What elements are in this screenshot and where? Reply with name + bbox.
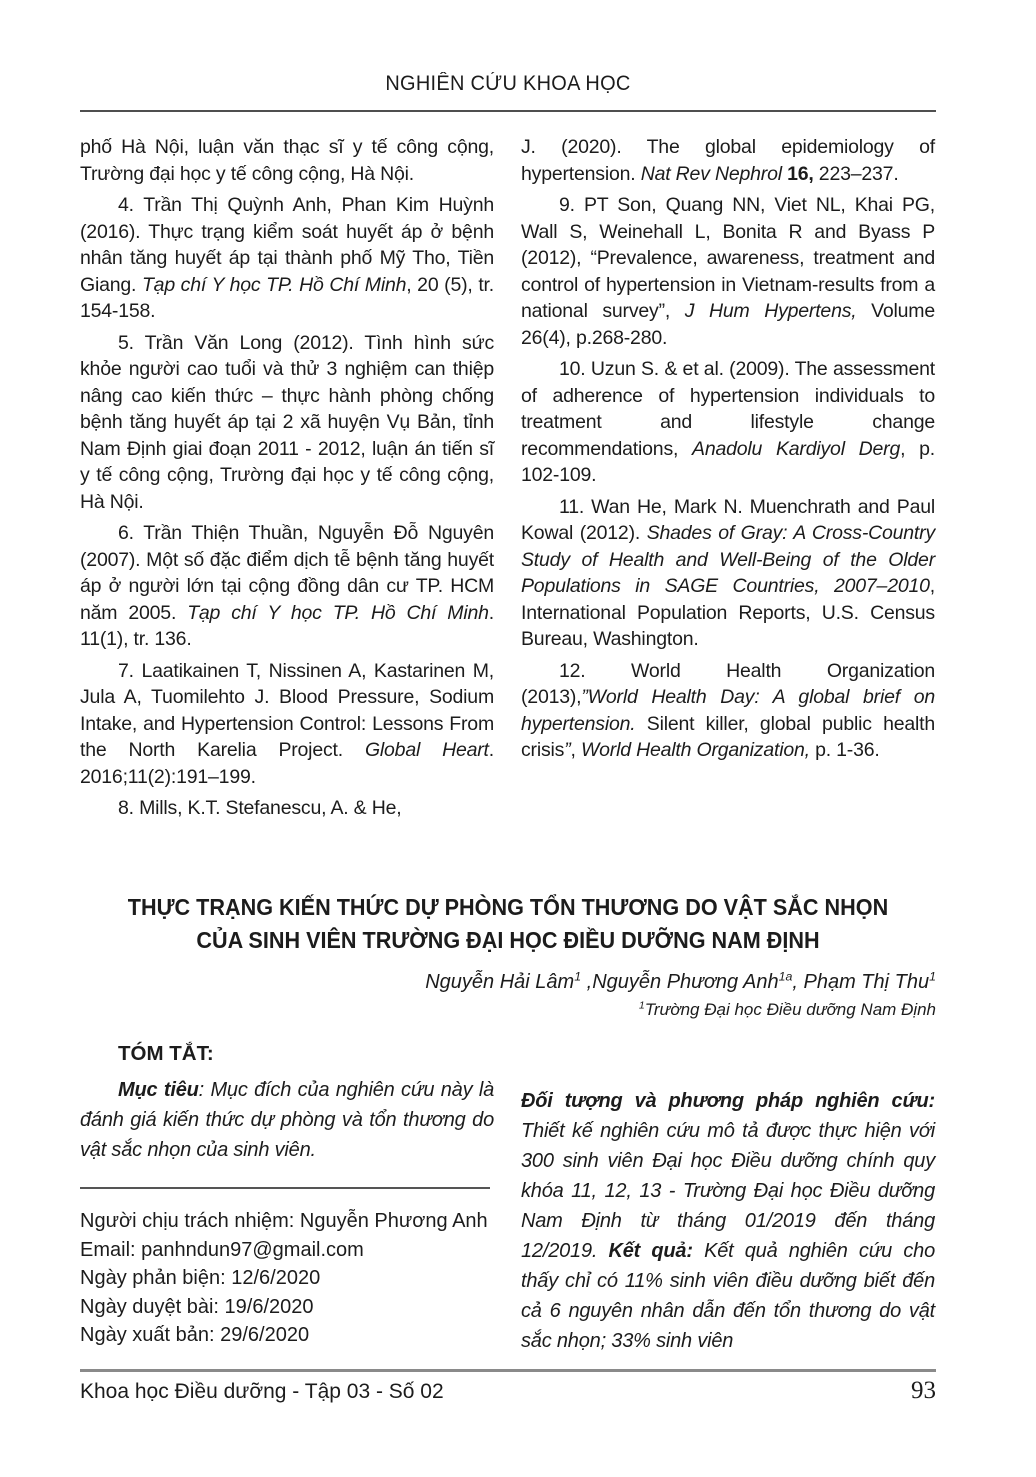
footer-journal-title: Khoa học Điều dưỡng - Tập 03 - Số 02: [80, 1380, 444, 1404]
reference-paragraph: J. (2020). The global epidemiology of hy…: [521, 134, 935, 187]
article-section: THỰC TRẠNG KIẾN THỨC DỰ PHÒNG TỔN THƯƠNG…: [80, 891, 936, 1356]
abstract-section: TÓM TẮT: Mục tiêu: Mục đích của nghiên c…: [80, 1042, 936, 1356]
article-title: THỰC TRẠNG KIẾN THỨC DỰ PHÒNG TỔN THƯƠNG…: [106, 891, 911, 957]
reference-paragraph: 6. Trần Thiện Thuần, Nguyễn Đỗ Nguyên (2…: [80, 520, 494, 653]
footnote-block: Người chịu trách nhiệm: Nguyễn Phương An…: [80, 1207, 494, 1350]
reference-paragraph: 11. Wan He, Mark N. Muenchrath and Paul …: [521, 494, 935, 653]
author-affiliation: 1Trường Đại học Điều dưỡng Nam Định: [80, 1000, 936, 1020]
reference-paragraph: 10. Uzun S. & et al. (2009). The assessm…: [521, 356, 935, 489]
abstract-heading: TÓM TẮT:: [80, 1042, 494, 1066]
abstract-methods-results-paragraph: Đối tượng và phương pháp nghiên cứu: Thi…: [521, 1086, 935, 1356]
reference-paragraph: 4. Trần Thị Quỳnh Anh, Phan Kim Huỳnh (2…: [80, 192, 494, 325]
reference-paragraph: phố Hà Nội, luận văn thạc sĩ y tế công c…: [80, 134, 494, 187]
footer-divider: [80, 1369, 936, 1372]
article-title-line-1: THỰC TRẠNG KIẾN THỨC DỰ PHÒNG TỔN THƯƠNG…: [106, 891, 911, 924]
reference-paragraph: 12. World Health Organization (2013),”Wo…: [521, 658, 935, 764]
footnote-line-responsible: Người chịu trách nhiệm: Nguyễn Phương An…: [80, 1207, 494, 1236]
footnote-line-email: Email: panhndun97@gmail.com: [80, 1236, 494, 1265]
reference-paragraph: 5. Trần Văn Long (2012). Tình hình sức k…: [80, 330, 494, 516]
footnote-line-approval-date: Ngày duyệt bài: 19/6/2020: [80, 1293, 494, 1322]
journal-header-title: NGHIÊN CỨU KHOA HỌC: [101, 72, 914, 96]
references-left-column: phố Hà Nội, luận văn thạc sĩ y tế công c…: [80, 134, 494, 840]
header-divider: [80, 110, 936, 112]
reference-paragraph: 9. PT Son, Quang NN, Viet NL, Khai PG, W…: [521, 192, 935, 351]
footnote-line-review-date: Ngày phản biện: 12/6/2020: [80, 1264, 494, 1293]
page-footer: Khoa học Điều dưỡng - Tập 03 - Số 02 93: [80, 1377, 936, 1405]
article-title-line-2: CỦA SINH VIÊN TRƯỜNG ĐẠI HỌC ĐIỀU DƯỠNG …: [106, 924, 911, 957]
abstract-right-column: Đối tượng và phương pháp nghiên cứu: Thi…: [521, 1042, 935, 1356]
references-section: phố Hà Nội, luận văn thạc sĩ y tế công c…: [80, 134, 936, 840]
reference-paragraph: 7. Laatikainen T, Nissinen A, Kastarinen…: [80, 658, 494, 791]
abstract-left-column: TÓM TẮT: Mục tiêu: Mục đích của nghiên c…: [80, 1042, 494, 1356]
abstract-objective-paragraph: Mục tiêu: Mục đích của nghiên cứu này là…: [80, 1075, 494, 1165]
authors-line: Nguyễn Hải Lâm1 ,Nguyễn Phương Anh1a, Ph…: [80, 971, 936, 994]
footer-page-number: 93: [911, 1377, 936, 1405]
journal-page: NGHIÊN CỨU KHOA HỌC phố Hà Nội, luận văn…: [0, 0, 1036, 1477]
reference-paragraph: 8. Mills, K.T. Stefanescu, A. & He,: [80, 795, 494, 822]
footnote-line-publish-date: Ngày xuất bản: 29/6/2020: [80, 1321, 494, 1350]
footnote-separator: [80, 1187, 490, 1189]
references-right-column: J. (2020). The global epidemiology of hy…: [521, 134, 935, 840]
